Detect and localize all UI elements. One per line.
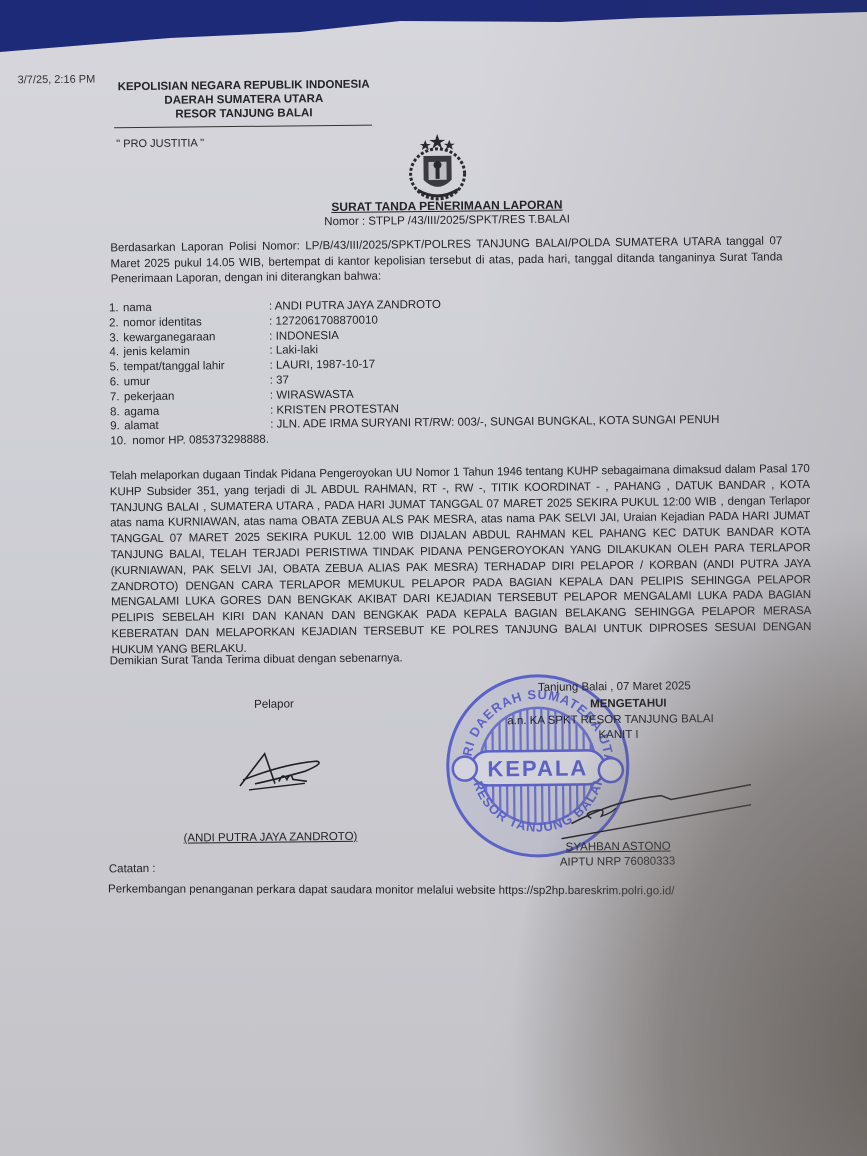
field-label: nomor identitas — [123, 314, 269, 330]
print-timestamp: 3/7/25, 2:16 PM — [18, 73, 96, 86]
officer-rank-nrp: AIPTU NRP 76080333 — [560, 855, 676, 868]
stamp-emblem-left-icon — [453, 757, 477, 781]
officer-signature — [551, 777, 752, 849]
field-number: 1. — [109, 301, 123, 316]
closing-statement: Demikian Surat Tanda Terima dibuat denga… — [110, 652, 403, 667]
field-label: kewarganegaraan — [123, 329, 269, 345]
field-number: 10. — [110, 434, 132, 449]
field-number: 7. — [110, 390, 124, 405]
document-title: SURAT TANDA PENERIMAAN LAPORAN — [317, 197, 577, 214]
letterhead-line-1: KEPOLISIAN NEGARA REPUBLIK INDONESIA — [114, 78, 374, 95]
pro-justitia: " PRO JUSTITIA " — [116, 137, 204, 150]
field-number: 6. — [110, 375, 124, 390]
note-label: Catatan : — [109, 863, 156, 875]
acknowledged-label: MENGETAHUI — [590, 698, 667, 711]
field-number: 2. — [109, 316, 123, 331]
letterhead-divider — [114, 125, 372, 129]
field-number: 5. — [110, 360, 124, 375]
reporter-name: (ANDI PUTRA JAYA ZANDROTO) — [183, 831, 357, 845]
incident-description: Telah melaporkan dugaan Tindak Pidana Pe… — [110, 462, 812, 659]
intro-paragraph: Berdasarkan Laporan Polisi Nomor: LP/B/4… — [110, 234, 782, 288]
field-label: umur — [124, 374, 270, 390]
on-behalf-of: a.n. KA SPKT RESOR TANJUNG BALAI — [507, 713, 714, 727]
police-emblem-icon — [401, 132, 474, 205]
letterhead-line-3: RESOR TANJUNG BALAI — [114, 106, 374, 123]
officer-position: KANIT I — [598, 729, 638, 741]
field-number: 4. — [109, 346, 123, 361]
field-number: 9. — [110, 420, 124, 435]
document-number: Nomor : STPLP /43/III/2025/SPKT/RES T.BA… — [307, 213, 587, 228]
officer-name: SYAHBAN ASTONO — [566, 840, 671, 853]
letterhead: KEPOLISIAN NEGARA REPUBLIK INDONESIA DAE… — [114, 78, 374, 123]
reporter-label: Pelapor — [254, 698, 294, 710]
field-label: agama — [124, 403, 270, 419]
field-number: 8. — [110, 405, 124, 420]
document: 3/7/25, 2:16 PM KEPOLISIAN NEGARA REPUBL… — [0, 0, 867, 1156]
field-label: nama — [123, 300, 269, 316]
signing-place-date: Tanjung Balai , 07 Maret 2025 — [538, 680, 691, 694]
field-label: jenis kelamin — [123, 344, 269, 360]
stamp-center-text: KEPALA — [487, 755, 588, 781]
field-label: tempat/tanggal lahir — [124, 359, 270, 375]
field-label: pekerjaan — [124, 388, 270, 404]
field-number: 3. — [109, 331, 123, 346]
field-label: nomor HP. 085373298888. — [132, 433, 269, 449]
reporter-identity-list: 1.nama: ANDI PUTRA JAYA ZANDROTO2.nomor … — [109, 294, 801, 449]
reporter-signature — [235, 749, 335, 795]
field-label: alamat — [124, 418, 270, 434]
note-text: Perkembangan penanganan perkara dapat sa… — [108, 883, 674, 897]
